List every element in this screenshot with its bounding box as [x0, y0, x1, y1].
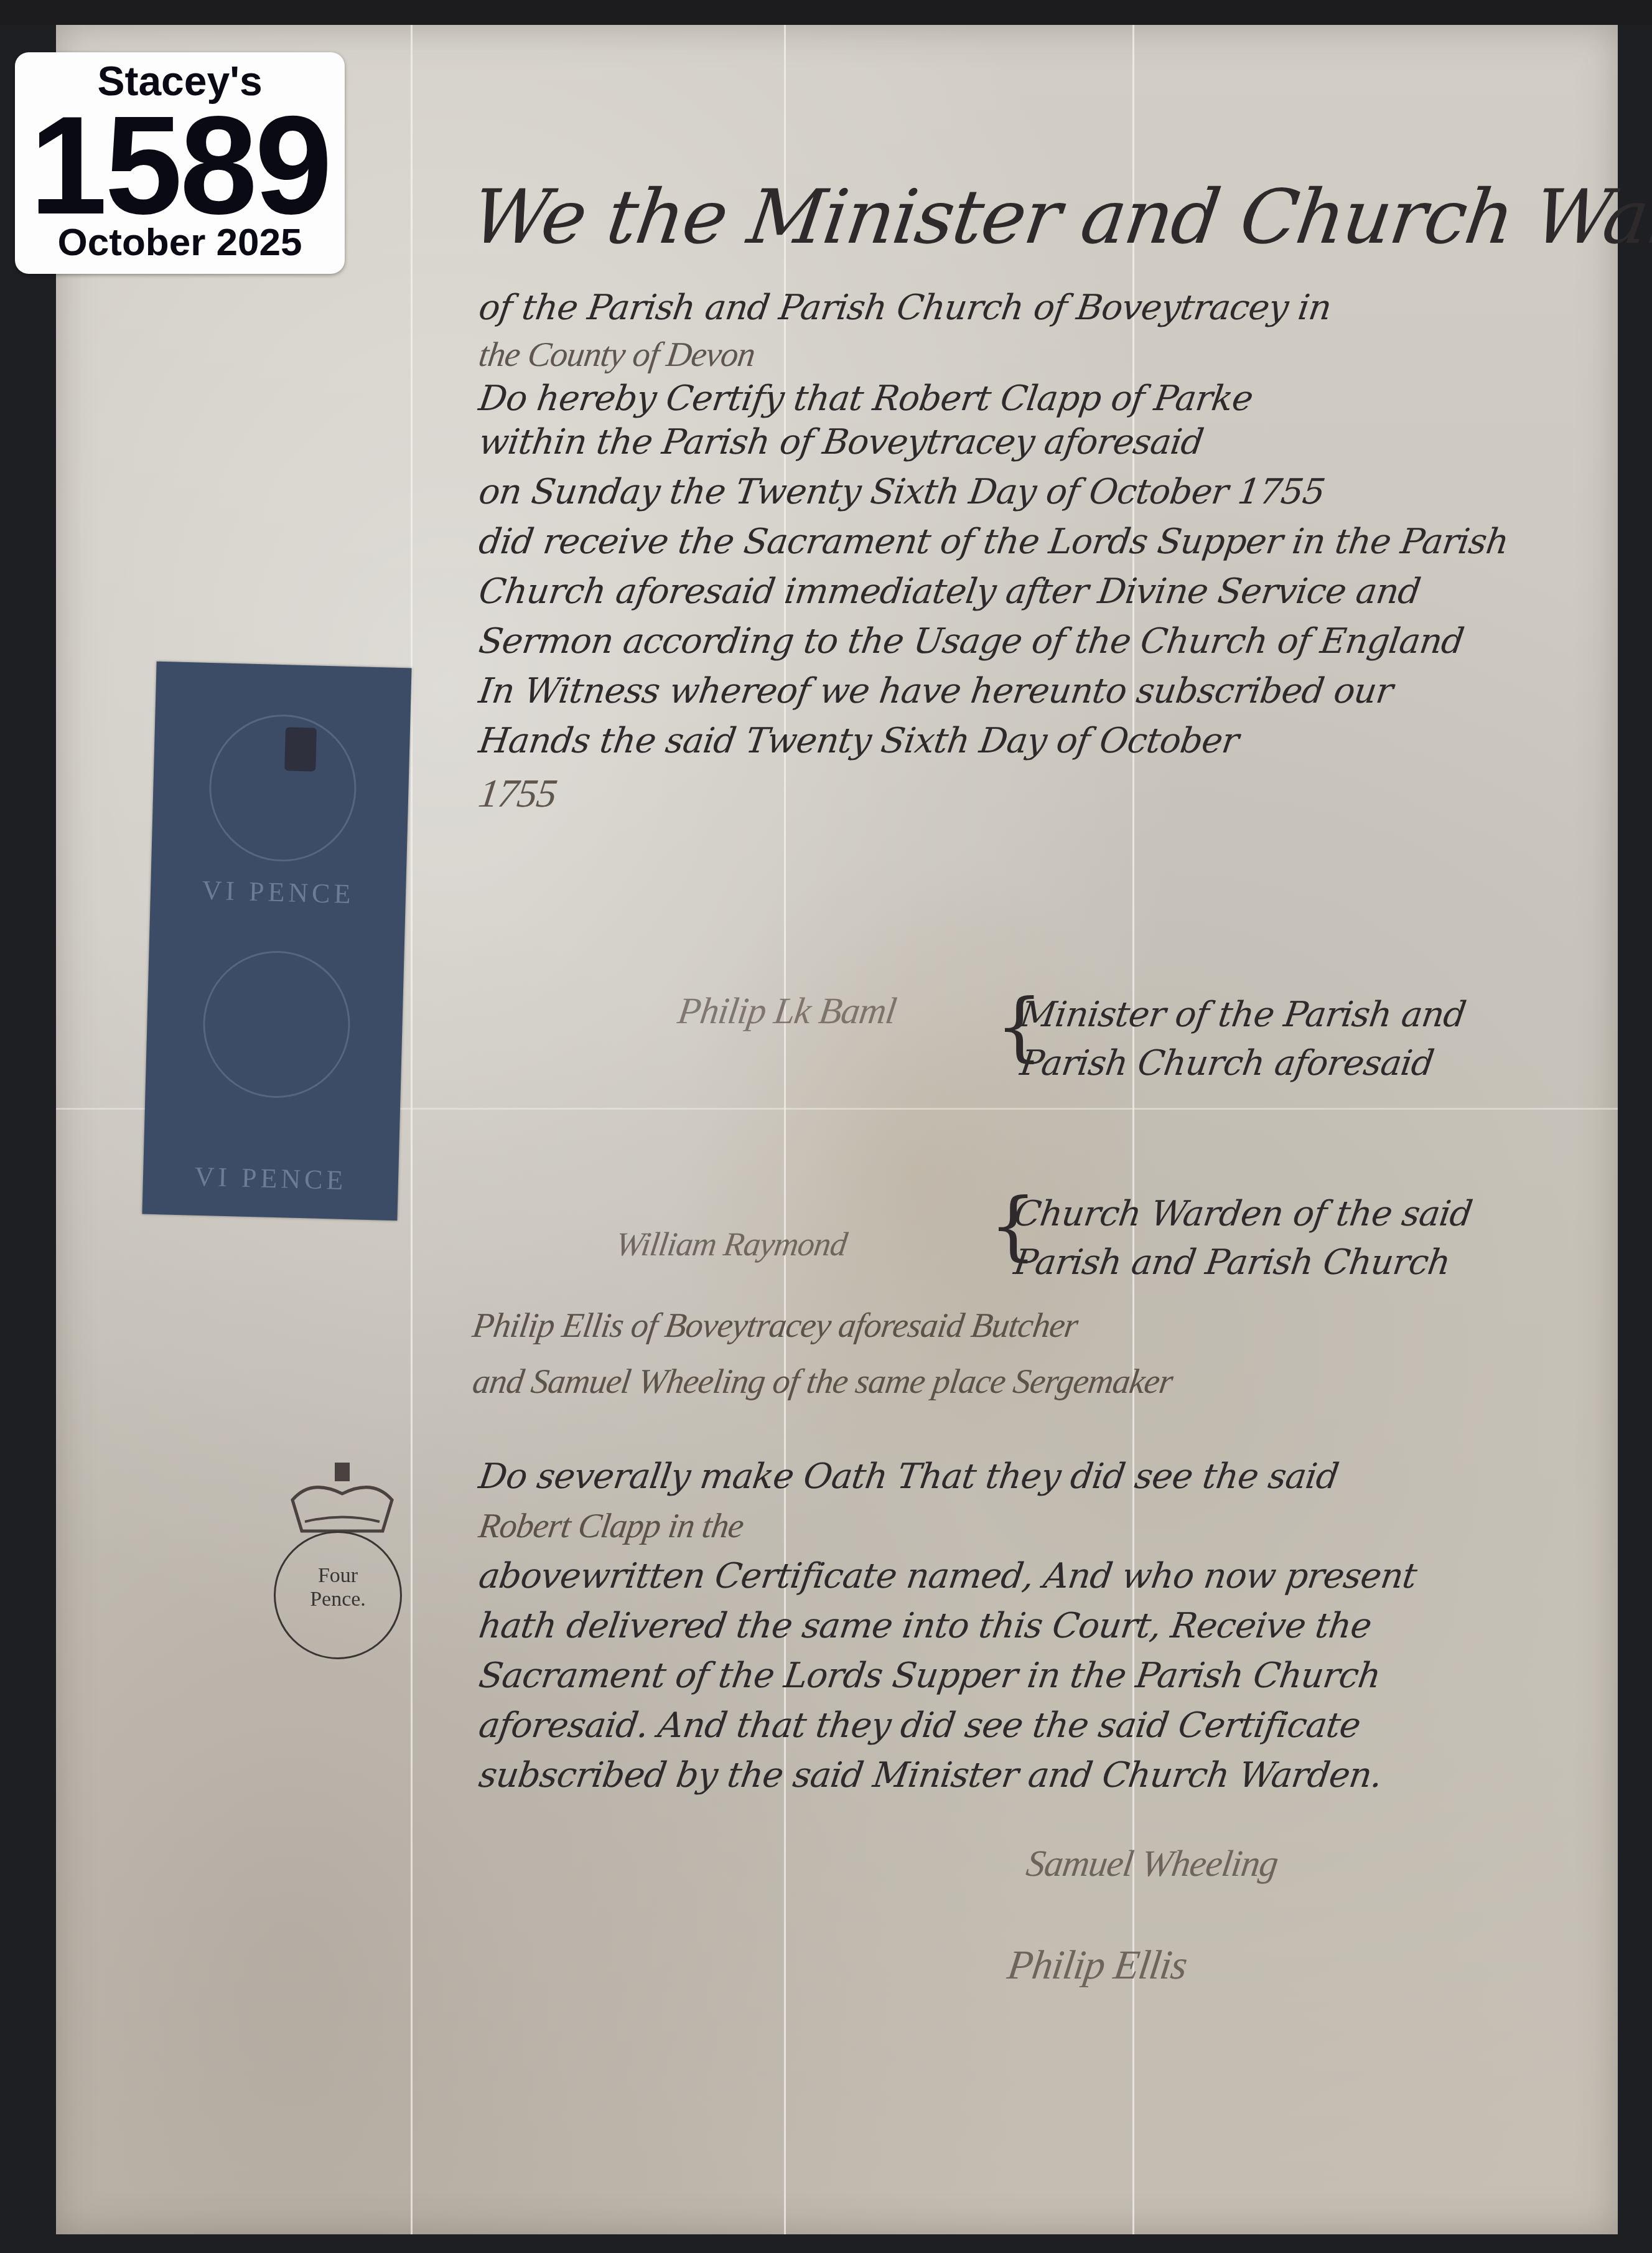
frame-edge [0, 0, 1652, 25]
minister-role: Parish Church aforesaid [1017, 1043, 1436, 1084]
oath-line: hath delivered the same into this Court,… [476, 1606, 1373, 1646]
lot-number: 1589 [15, 96, 345, 235]
stamp-text: VI PENCE [142, 1159, 398, 1198]
stamp-text: VI PENCE [150, 873, 406, 912]
stamp-ring-icon [201, 949, 352, 1100]
certificate-line: Church aforesaid immediately after Divin… [476, 571, 1422, 612]
oath-line: aforesaid. And that they did see the sai… [476, 1705, 1363, 1746]
certificate-line: Sermon according to the Usage of the Chu… [476, 621, 1466, 662]
stamp-text: Four [276, 1564, 400, 1588]
certificate-line: Do hereby Certify that Robert Clapp of P… [476, 378, 1255, 419]
ink-smudge [284, 727, 317, 771]
witness-signature: Samuel Wheeling [1024, 1842, 1281, 1885]
certificate-line: Hands the said Twenty Sixth Day of Octob… [476, 721, 1241, 761]
certificate-year: 1755 [476, 771, 559, 817]
oath-line: and Samuel Wheeling of the same place Se… [470, 1362, 1175, 1402]
blue-duty-stamp: VI PENCE VI PENCE [142, 662, 411, 1220]
minister-signature: Philip Lk Baml [675, 990, 898, 1033]
warden-role: Church Warden of the said [1011, 1194, 1474, 1234]
four-pence-seal: Four Pence. [274, 1531, 402, 1659]
sale-date: October 2025 [15, 220, 345, 265]
certificate-line: In Witness whereof we have hereunto subs… [476, 671, 1395, 711]
stamp-text: Pence. [276, 1588, 400, 1611]
fold-line [411, 25, 413, 2234]
fold-line [1132, 25, 1134, 2234]
oath-line: Do severally make Oath That they did see… [476, 1456, 1341, 1497]
embossed-duty-stamp: Four Pence. [268, 1463, 404, 1674]
oath-line: abovewritten Certificate named, And who … [476, 1556, 1419, 1596]
certificate-line: the County of Devon [477, 335, 758, 375]
warden-signature: William Raymond [614, 1225, 849, 1263]
oath-line: Sacrament of the Lords Supper in the Par… [476, 1656, 1383, 1696]
oath-line: Robert Clapp in the [477, 1506, 746, 1546]
fold-line [784, 25, 786, 2234]
crown-icon [280, 1463, 404, 1537]
witness-signature: Philip Ellis [1005, 1942, 1190, 1989]
certificate-line: did receive the Sacrament of the Lords S… [476, 522, 1511, 562]
certificate-line: of the Parish and Parish Church of Bovey… [476, 288, 1333, 328]
warden-role: Parish and Parish Church [1011, 1242, 1452, 1283]
oath-line: Philip Ellis of Boveytracey aforesaid Bu… [470, 1306, 1081, 1346]
lot-label: Stacey's 1589 October 2025 [15, 52, 345, 274]
certificate-line: on Sunday the Twenty Sixth Day of Octobe… [476, 472, 1327, 512]
minister-role: Minister of the Parish and [1017, 995, 1468, 1035]
oath-line: subscribed by the said Minister and Chur… [476, 1755, 1384, 1796]
stamp-ring-icon [207, 713, 358, 863]
certificate-heading: We the Minister and Church Warden [467, 174, 1652, 261]
certificate-line: within the Parish of Boveytracey aforesa… [476, 422, 1205, 462]
